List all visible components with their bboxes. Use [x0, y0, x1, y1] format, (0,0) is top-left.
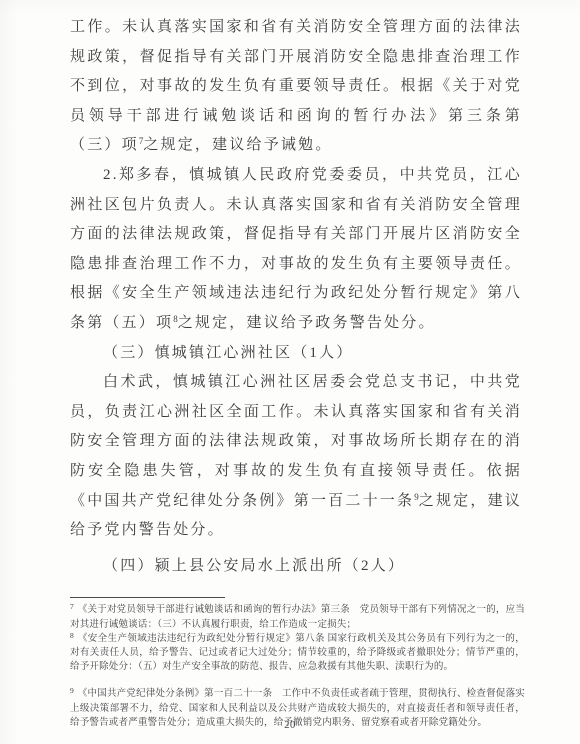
footnote-text: 《关于对党员领导干部进行诫勉谈话和函询的暂行办法》第三条 党员领导干部有下列情况… [70, 605, 525, 629]
paragraph-text: 工作。未认真落实国家和省有关消防安全管理方面的法律法规政策，督促指导有关部门开展… [70, 19, 522, 153]
footnotes-section: 7《关于对党员领导干部进行诫勉谈话和函询的暂行办法》第三条 党员领导干部有下列情… [70, 597, 525, 730]
footnote-ref-8: 8 [173, 314, 178, 324]
footnote-marker-9: 9 [70, 686, 74, 695]
footnote-8: 8《安全生产领域违法违纪行为政纪处分暂行规定》第八条 国家行政机关及其公务员有下… [70, 632, 525, 675]
footnote-separator [70, 597, 225, 598]
paragraph-text: 2.郑多春，慎城镇人民政府党委委员，中共党员，江心洲社区包片负责人。未认真落实国… [70, 167, 522, 331]
document-page: 工作。未认真落实国家和省有关消防安全管理方面的法律法规政策，督促指导有关部门开展… [0, 0, 580, 744]
footnote-marker-7: 7 [70, 602, 74, 611]
footnote-text: 《安全生产领域违法违纪行为政纪处分暂行规定》第八条 国家行政机关及其公务员有下列… [70, 634, 525, 672]
page-number: 20 [0, 720, 580, 731]
paragraph-text: 之规定，建议给予政务警告处分。 [178, 315, 436, 331]
paragraph-bai-shuwu: 白术武，慎城镇江心洲社区居委会党总支书记，中共党员，负责江心洲社区全面工作。未认… [70, 368, 522, 546]
footnote-7: 7《关于对党员领导干部进行诫勉谈话和函询的暂行办法》第三条 党员领导干部有下列情… [70, 603, 525, 631]
paragraph-continuation: 工作。未认真落实国家和省有关消防安全管理方面的法律法规政策，督促指导有关部门开展… [70, 13, 522, 161]
footnote-marker-8: 8 [70, 631, 74, 640]
section-heading-3: （三）慎城镇江心洲社区（1人） [70, 339, 522, 369]
section-heading-4: （四）颍上县公安局水上派出所（2人） [70, 552, 522, 582]
footnote-ref-7: 7 [139, 136, 144, 146]
footnote-ref-9: 9 [414, 492, 419, 502]
paragraph-zheng-duochun: 2.郑多春，慎城镇人民政府党委委员，中共党员，江心洲社区包片负责人。未认真落实国… [70, 161, 522, 339]
paragraph-text: 之规定，建议给予诫勉。 [143, 137, 332, 153]
paragraph-text: 白术武，慎城镇江心洲社区居委会党总支书记，中共党员，负责江心洲社区全面工作。未认… [70, 374, 522, 508]
document-body: 工作。未认真落实国家和省有关消防安全管理方面的法律法规政策，督促指导有关部门开展… [70, 13, 522, 581]
